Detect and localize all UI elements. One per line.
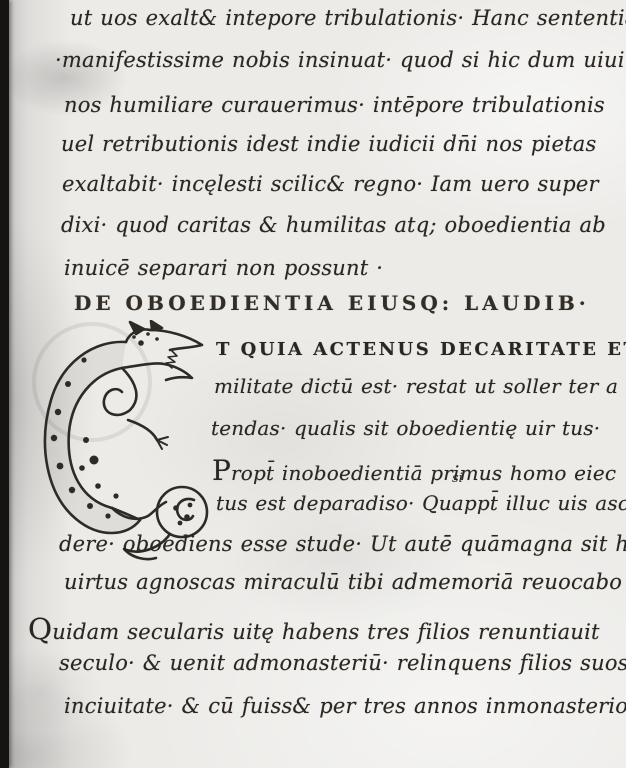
- incipit-capitals-line: T QUIA ACTENUS DECARITATE ETH: [216, 339, 626, 360]
- manuscript-line: ·manifestissime nobis insinuat· quod si …: [55, 48, 625, 72]
- manuscript-line: uirtus agnoscas miraculū tibi admemoriā …: [64, 570, 622, 594]
- manuscript-line: exaltabit· incęlesti scilic& regno· Iam …: [62, 172, 599, 196]
- manuscript-line: dere· oboediens esse stude· Ut autē quām…: [59, 532, 626, 556]
- manuscript-line: Propt̄ inoboedientiā primus homo eiec: [212, 454, 616, 487]
- manuscript-page: ut uos exalt& intepore tribulationis· Ha…: [0, 0, 626, 768]
- manuscript-line: inuicē separari non possunt ·: [64, 256, 383, 280]
- interlinear-gloss: si: [452, 471, 463, 486]
- manuscript-line: tus est deparadiso· Quappt̄ illuc uis as…: [216, 491, 626, 515]
- scan-border-edge: [0, 0, 9, 768]
- manuscript-line: inciuitate· & cū fuiss& per tres annos i…: [64, 694, 626, 718]
- chapter-rubric: DE OBOEDIENTIA EIUSQ: LAUDIB·: [74, 291, 590, 315]
- dragon-initial-drawing: [24, 320, 226, 565]
- manuscript-line: Quidam secularis uitę habens tres filios…: [28, 612, 600, 646]
- manuscript-line: seculo· & uenit admonasteriū· relinquens…: [59, 651, 626, 675]
- zoomorphic-initial-E: [24, 320, 226, 565]
- manuscript-line: tendas· qualis sit oboedientię uir tus·: [211, 416, 600, 440]
- manuscript-line: ut uos exalt& intepore tribulationis· Ha…: [70, 6, 626, 30]
- manuscript-line: militate dictū est· restat ut soller ter…: [214, 374, 618, 398]
- manuscript-line: nos humiliare curauerimus· intēpore trib…: [64, 93, 605, 117]
- manuscript-line: dixi· quod caritas & humilitas atq; oboe…: [61, 213, 606, 237]
- manuscript-line: uel retributionis idest indie iudicii dn…: [61, 132, 596, 156]
